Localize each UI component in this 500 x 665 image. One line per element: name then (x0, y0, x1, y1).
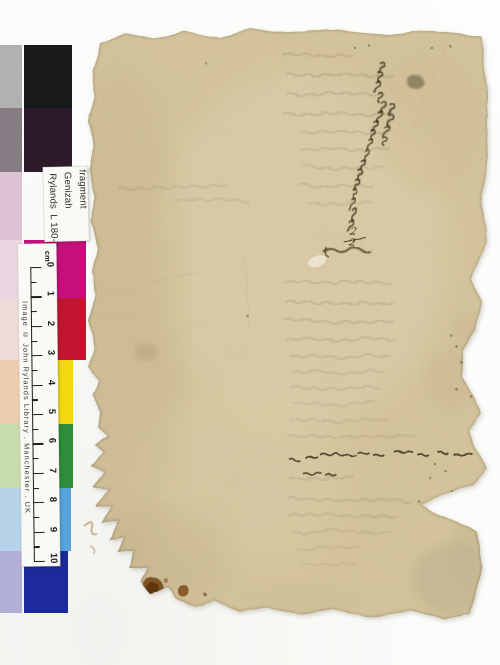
ruler-tick-major (32, 385, 43, 386)
parchment-surface: 2 2 (78, 20, 500, 665)
cm-ruler: Image © John Rylands Library . Mancheste… (18, 244, 60, 566)
ruler-number: 2 (45, 321, 55, 326)
edge-speck (451, 335, 454, 338)
ruler-tick-minor (32, 399, 38, 400)
brown-stain-small (178, 587, 189, 598)
ruler-tick-major (32, 414, 43, 415)
ruler-number: 5 (46, 409, 56, 414)
ruler-number: 0 (44, 262, 54, 267)
ruler-tick-major (33, 473, 44, 474)
edge-speck (448, 46, 450, 48)
swatch-grid-light-gray (0, 45, 22, 108)
swatch-deep-purple (24, 108, 72, 172)
edge-speck (430, 477, 433, 480)
ruler-tick-major (34, 561, 45, 562)
edge-speck (355, 48, 357, 50)
ruler-number: 3 (45, 350, 55, 355)
edge-speck (461, 361, 464, 364)
loose-fibre (84, 522, 97, 554)
photograph-canvas: Rylands Genizah fragment L 180-2 Image ©… (0, 0, 500, 665)
ruler-tick-major (30, 267, 41, 268)
edge-speck (206, 62, 208, 64)
swatch-black (24, 45, 72, 108)
ruler-number: 4 (46, 379, 56, 384)
ruler-tick-minor (31, 341, 37, 342)
shelfmark-line-1: Rylands (46, 174, 57, 210)
edge-speck (445, 469, 448, 472)
ruler-tick-major (31, 326, 42, 327)
ruler-unit-label: cm (43, 251, 52, 262)
edge-speck (246, 316, 249, 319)
ruler-number: 6 (46, 438, 56, 443)
edge-speck (370, 45, 372, 47)
edge-speck (457, 347, 460, 350)
ruler-number: 9 (47, 526, 57, 531)
ruler-tick-minor (32, 370, 38, 371)
swatch-pink-mauve (0, 172, 22, 240)
ruler-number: 8 (47, 497, 57, 502)
swatch-pale-blue (0, 488, 22, 551)
ruler-tick-minor (31, 311, 37, 312)
ruler-number: 10 (48, 553, 58, 564)
manuscript-fragment: 2 2 (78, 20, 500, 665)
edge-speck (434, 463, 437, 466)
edge-speck (419, 499, 422, 502)
edge-speck (451, 491, 454, 494)
swatch-lavender (0, 551, 22, 613)
ruler-tick-minor (34, 546, 40, 547)
ruler-tick-major (33, 502, 44, 503)
ruler-tick-minor (33, 517, 39, 518)
ruler-tick-major (31, 355, 42, 356)
ruler-tick-minor (32, 429, 38, 430)
ink-smudge (407, 75, 425, 89)
ruler-tick-major (34, 532, 45, 533)
ruler-number: 1 (45, 291, 55, 296)
swatch-pale-green (0, 424, 22, 488)
edge-speck (467, 377, 470, 380)
ruler-tick-major (32, 443, 43, 444)
edge-speck (455, 389, 458, 392)
ruler-tick-minor (33, 487, 39, 488)
edge-speck (465, 501, 468, 504)
swatch-grid-dark-gray (0, 108, 22, 172)
ruler-tick-major (31, 296, 42, 297)
ruler-number: 7 (47, 468, 57, 473)
shelfmark-line-2: Genizah (61, 172, 72, 209)
ruler-tick-minor (33, 458, 39, 459)
edge-speck (469, 397, 472, 400)
ruler-tick-minor (30, 282, 36, 283)
edge-speck (431, 49, 433, 51)
